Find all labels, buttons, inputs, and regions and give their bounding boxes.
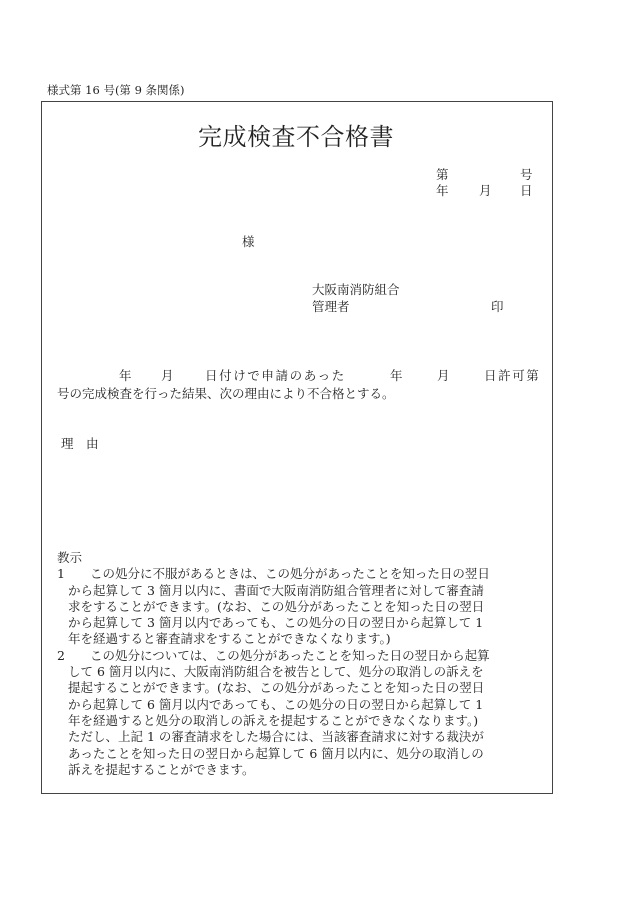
notice-item-number: 1 [57, 566, 68, 582]
issuer-organization: 大阪南消防組合 [312, 280, 400, 298]
notice-item-1-line-3: 求をすることができます。(なお、この処分があったことを知った日の翌日 [57, 599, 549, 615]
notice-item-number: 2 [57, 648, 68, 664]
body-month-2: 月 [437, 366, 450, 384]
notice-item-1-line-1: 1この処分に不服があるときは、この処分があったことを知った日の翌日 [57, 566, 549, 582]
notice-item-1-line-5: 年を経過すると審査請求をすることができなくなります。) [57, 631, 549, 647]
notice-item-2-line-6: ただし、上記 1 の審査請求をした場合には、当該審査請求に対する裁決が [57, 729, 549, 745]
notice-item-2-line-2: して 6 箇月以内に、大阪南消防組合を被告として、処分の取消しの訴えを [57, 664, 549, 680]
body-permit-text: 日許可第 [484, 366, 540, 384]
document-title: 完成検査不合格書 [198, 117, 394, 152]
issuer-position: 管理者 [312, 297, 350, 315]
notice-item-2-line-5: 年を経過すると処分の取消しの訴えを提起することができなくなります。) [57, 713, 549, 729]
notice-item-2-line-1: 2この処分については、この処分があったことを知った日の翌日から起算 [57, 648, 549, 664]
notice-item-1-line-4: から起算して 3 箇月以内であっても、この処分の日の翌日から起算して 1 [57, 615, 549, 631]
body-month-1: 月 [161, 366, 174, 384]
notice-text: この処分については、この処分があったことを知った日の翌日から起算 [90, 648, 490, 663]
notice-item-2-line-7: あったことを知った日の翌日から起算して 6 箇月以内に、処分の取消しの [57, 746, 549, 762]
body-year-1: 年 [119, 366, 132, 384]
notice-item-2-line-4: から起算して 6 箇月以内であっても、この処分の日の翌日から起算して 1 [57, 697, 549, 713]
body-year-2: 年 [390, 366, 403, 384]
form-reference: 様式第 16 号(第 9 条関係) [47, 82, 185, 98]
date-day: 日 [520, 181, 533, 199]
notice-item-1-line-2: から起算して 3 箇月以内に、書面で大阪南消防組合管理者に対して審査請 [57, 583, 549, 599]
seal-mark: 印 [491, 297, 504, 315]
notice-text: この処分に不服があるときは、この処分があったことを知った日の翌日 [90, 566, 490, 581]
notice-heading: 教示 [57, 550, 549, 566]
reason-label: 理 由 [61, 434, 99, 452]
body-result-text: 号の完成検査を行った結果、次の理由により不合格とする。 [57, 384, 395, 402]
notice-item-2-line-8: 訴えを提起することができます。 [57, 762, 549, 778]
date-year: 年 [436, 181, 449, 199]
notice-section: 教示 1この処分に不服があるときは、この処分があったことを知った日の翌日 から起… [57, 550, 549, 778]
date-month: 月 [479, 181, 492, 199]
notice-item-2-line-3: 提起することができます。(なお、この処分があったことを知った日の翌日 [57, 680, 549, 696]
addressee-suffix: 様 [242, 232, 255, 250]
body-application-text: 日付けで申請のあった [205, 366, 346, 384]
